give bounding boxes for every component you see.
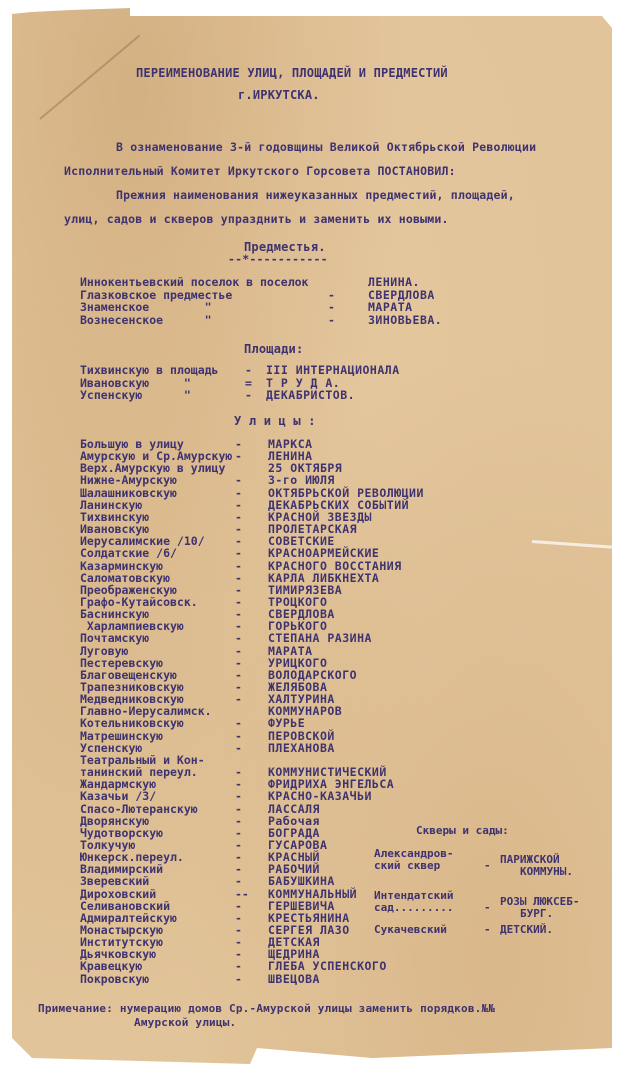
separator: - <box>235 547 242 559</box>
separator: - <box>235 815 242 827</box>
list-item: Тихвинскую в площадь-III ИНТЕРНАЦИОНАЛА <box>80 364 480 376</box>
list-item: Иннокентьевский поселок в поселокЛЕНИНА. <box>80 276 480 288</box>
list-item: Покровскую-ШВЕЦОВА <box>80 973 480 985</box>
intro-line-4: улиц, садов и скверов упразднить и замен… <box>64 212 449 226</box>
list-item: Знаменское "-МАРАТА <box>80 301 480 313</box>
list-item: Котельниковскую-ФУРЬЕ <box>80 717 480 729</box>
new-name: КРАСНОГО ВОССТАНИЯ <box>268 560 402 572</box>
old-name: Шалашниковскую <box>80 487 177 499</box>
separator: - <box>328 301 335 313</box>
old-name: Матрешинскую <box>80 730 163 742</box>
list-item: Успенскую-ПЛЕХАНОВА <box>80 742 480 754</box>
old-name: Казарминскую <box>80 560 163 572</box>
new-name: ДЕКАБРЬСКИХ СОБЫТИЙ <box>268 499 409 511</box>
garden-new-name: ДЕТСКИЙ. <box>500 924 553 936</box>
new-name: КРАСНО-КАЗАЧЬИ <box>268 790 372 802</box>
separator: - <box>235 645 242 657</box>
separator: - <box>235 960 242 972</box>
new-name: ЗИНОВЬЕВА. <box>368 314 442 326</box>
new-name: БАБУШКИНА <box>268 875 335 887</box>
old-name: Дворянскую <box>80 815 149 827</box>
separator: - <box>235 803 242 815</box>
decree-document: ПЕРЕИМЕНОВАНИЕ УЛИЦ, ПЛОЩАДЕЙ И ПРЕДМЕСТ… <box>0 0 620 1072</box>
new-name: МАРАТА <box>268 645 313 657</box>
old-name: Пестеревскую <box>80 657 163 669</box>
separator: - <box>245 364 252 376</box>
list-item: Солдатские /6/-КРАСНОАРМЕЙСКИЕ <box>80 547 480 559</box>
suburbs-underline: --*----------- <box>228 252 328 266</box>
note-line-2: Амурской улицы. <box>134 1016 236 1029</box>
old-name: Преображенскую <box>80 584 177 596</box>
list-item: Успенскую "-ДЕКАБРИСТОВ. <box>80 389 480 401</box>
separator: = <box>245 377 252 389</box>
separator: - <box>235 572 242 584</box>
new-name: СВЕРДЛОВА <box>368 289 435 301</box>
separator: - <box>235 657 242 669</box>
separator: - <box>235 584 242 596</box>
garden-new-name-cont: БУРГ. <box>520 908 553 920</box>
old-name: Ивановскую " <box>80 377 191 389</box>
gardens-heading: Скверы и сады: <box>416 825 509 837</box>
old-name: Дироховский <box>80 888 156 900</box>
new-name: III ИНТЕРНАЦИОНАЛА <box>266 364 400 376</box>
separator: - <box>328 314 335 326</box>
separator: - <box>235 560 242 572</box>
note-line-1: Примечание: нумерацию домов Ср.-Амурской… <box>38 1002 495 1015</box>
old-name: Кравецкую <box>80 960 142 972</box>
intro-line-1: В ознаменование 3-й годовщины Великой Ок… <box>116 140 536 154</box>
garden-old-name-cont: сад......... <box>374 902 453 914</box>
old-name: Саломатовскую <box>80 572 170 584</box>
separator: - <box>235 499 242 511</box>
old-name: Луговую <box>80 645 128 657</box>
old-name: Вознесенское " <box>80 314 212 326</box>
new-name: ГЕРШЕВИЧА <box>268 900 335 912</box>
old-name: Казачьи /3/ <box>80 790 156 802</box>
garden-old-name: Сукачевский <box>374 924 447 936</box>
separator: - <box>235 900 242 912</box>
separator: - <box>235 973 242 985</box>
intro-line-2: Исполнительный Комитет Иркутского Горсов… <box>64 164 456 178</box>
list-item: Почтамскую-СТЕПАНА РАЗИНА <box>80 632 480 644</box>
old-name: Тихвинскую в площадь <box>80 364 218 376</box>
new-name: ОКТЯБРЬСКОЙ РЕВОЛЮЦИИ <box>268 487 424 499</box>
new-name: УРИЦКОГО <box>268 657 327 669</box>
list-item: Луговую-МАРАТА <box>80 645 480 657</box>
list-item: Нижне-Амурскую-3-го ИЮЛЯ <box>80 474 480 486</box>
new-name: 3-го ИЮЛЯ <box>268 474 335 486</box>
list-item: Саломатовскую-КАРЛА ЛИБКНЕХТА <box>80 572 480 584</box>
list-item: Вознесенское "-ЗИНОВЬЕВА. <box>80 314 480 326</box>
list-item: Ланинскую-ДЕКАБРЬСКИХ СОБЫТИЙ <box>80 499 480 511</box>
title-line-1: ПЕРЕИМЕНОВАНИЕ УЛИЦ, ПЛОЩАДЕЙ И ПРЕДМЕСТ… <box>136 66 448 80</box>
list-item: Пестеревскую-УРИЦКОГО <box>80 657 480 669</box>
list-item: Преображенскую-ТИМИРЯЗЕВА <box>80 584 480 596</box>
separator: - <box>235 450 242 462</box>
separator: - <box>235 693 242 705</box>
separator: - <box>484 924 491 936</box>
old-name: Солдатские /6/ <box>80 547 177 559</box>
separator: - <box>235 742 242 754</box>
new-name: ТИМИРЯЗЕВА <box>268 584 342 596</box>
old-name: Знаменское " <box>80 301 212 313</box>
title-line-2: г.ИРКУТСКА. <box>238 88 320 102</box>
separator: - <box>235 790 242 802</box>
separator: - <box>235 487 242 499</box>
old-name: Покровскую <box>80 973 149 985</box>
new-name: Рабочая <box>268 815 320 827</box>
old-name: Спасо-Лютеранскую <box>80 803 198 815</box>
new-name: ЛАССАЛЯ <box>268 803 320 815</box>
new-name: ЛЕНИНА. <box>368 276 420 288</box>
list-item: Шалашниковскую-ОКТЯБРЬСКОЙ РЕВОЛЮЦИИ <box>80 487 480 499</box>
list-item: Матрешинскую-ПЕРОВСКОЙ <box>80 730 480 742</box>
list-item: Глазковское предместье-СВЕРДЛОВА <box>80 289 480 301</box>
new-name: ФУРЬЕ <box>268 717 305 729</box>
list-item: Спасо-Лютеранскую-ЛАССАЛЯ <box>80 803 480 815</box>
separator: - <box>235 632 242 644</box>
old-name: Глазковское предместье <box>80 289 232 301</box>
separator: - <box>484 860 491 872</box>
new-name: МАРАТА <box>368 301 413 313</box>
old-name: Почтамскую <box>80 632 149 644</box>
old-name: Котельниковскую <box>80 717 184 729</box>
new-name: ПЛЕХАНОВА <box>268 742 335 754</box>
new-name: ДЕКАБРИСТОВ. <box>266 389 355 401</box>
list-item: Кравецкую-ГЛЕБА УСПЕНСКОГО <box>80 960 480 972</box>
new-name: ШВЕЦОВА <box>268 973 320 985</box>
new-name: Т Р У Д А. <box>266 377 340 389</box>
separator: - <box>235 730 242 742</box>
separator: - <box>328 289 335 301</box>
separator: - <box>245 389 252 401</box>
new-name: БОГРАДА <box>268 827 320 839</box>
intro-line-3: Прежния наименования нижеуказанных предм… <box>116 188 515 202</box>
garden-old-name-cont: ский сквер <box>374 860 440 872</box>
separator: - <box>484 902 491 914</box>
streets-heading: У л и ц ы : <box>234 414 316 428</box>
separator: - <box>235 717 242 729</box>
new-name: КРАСНОАРМЕЙСКИЕ <box>268 547 379 559</box>
separator: - <box>235 875 242 887</box>
separator: - <box>235 474 242 486</box>
list-item: Казачьи /3/-КРАСНО-КАЗАЧЬИ <box>80 790 480 802</box>
new-name: ПЕРОВСКОЙ <box>268 730 335 742</box>
old-name: Иннокентьевский поселок в поселок <box>80 276 308 288</box>
list-item: Ивановскую "=Т Р У Д А. <box>80 377 480 389</box>
old-name: Нижне-Амурскую <box>80 474 177 486</box>
new-name: ГЛЕБА УСПЕНСКОГО <box>268 960 387 972</box>
squares-heading: Площади: <box>244 342 303 356</box>
old-name: Успенскую <box>80 742 142 754</box>
new-name: СТЕПАНА РАЗИНА <box>268 632 372 644</box>
new-name: КОММУНАЛЬНЫЙ <box>268 888 357 900</box>
old-name: Успенскую " <box>80 389 191 401</box>
separator: - <box>235 827 242 839</box>
list-item: Казарминскую-КРАСНОГО ВОССТАНИЯ <box>80 560 480 572</box>
old-name: Ланинскую <box>80 499 142 511</box>
old-name: Зверевский <box>80 875 149 887</box>
garden-new-name-cont: КОММУНЫ. <box>520 866 573 878</box>
old-name: Селивановский <box>80 900 170 912</box>
list-item: Зверевский-БАБУШКИНА <box>80 875 480 887</box>
old-name: Чудотворскую <box>80 827 163 839</box>
new-name: КАРЛА ЛИБКНЕХТА <box>268 572 379 584</box>
separator: -- <box>235 888 249 900</box>
